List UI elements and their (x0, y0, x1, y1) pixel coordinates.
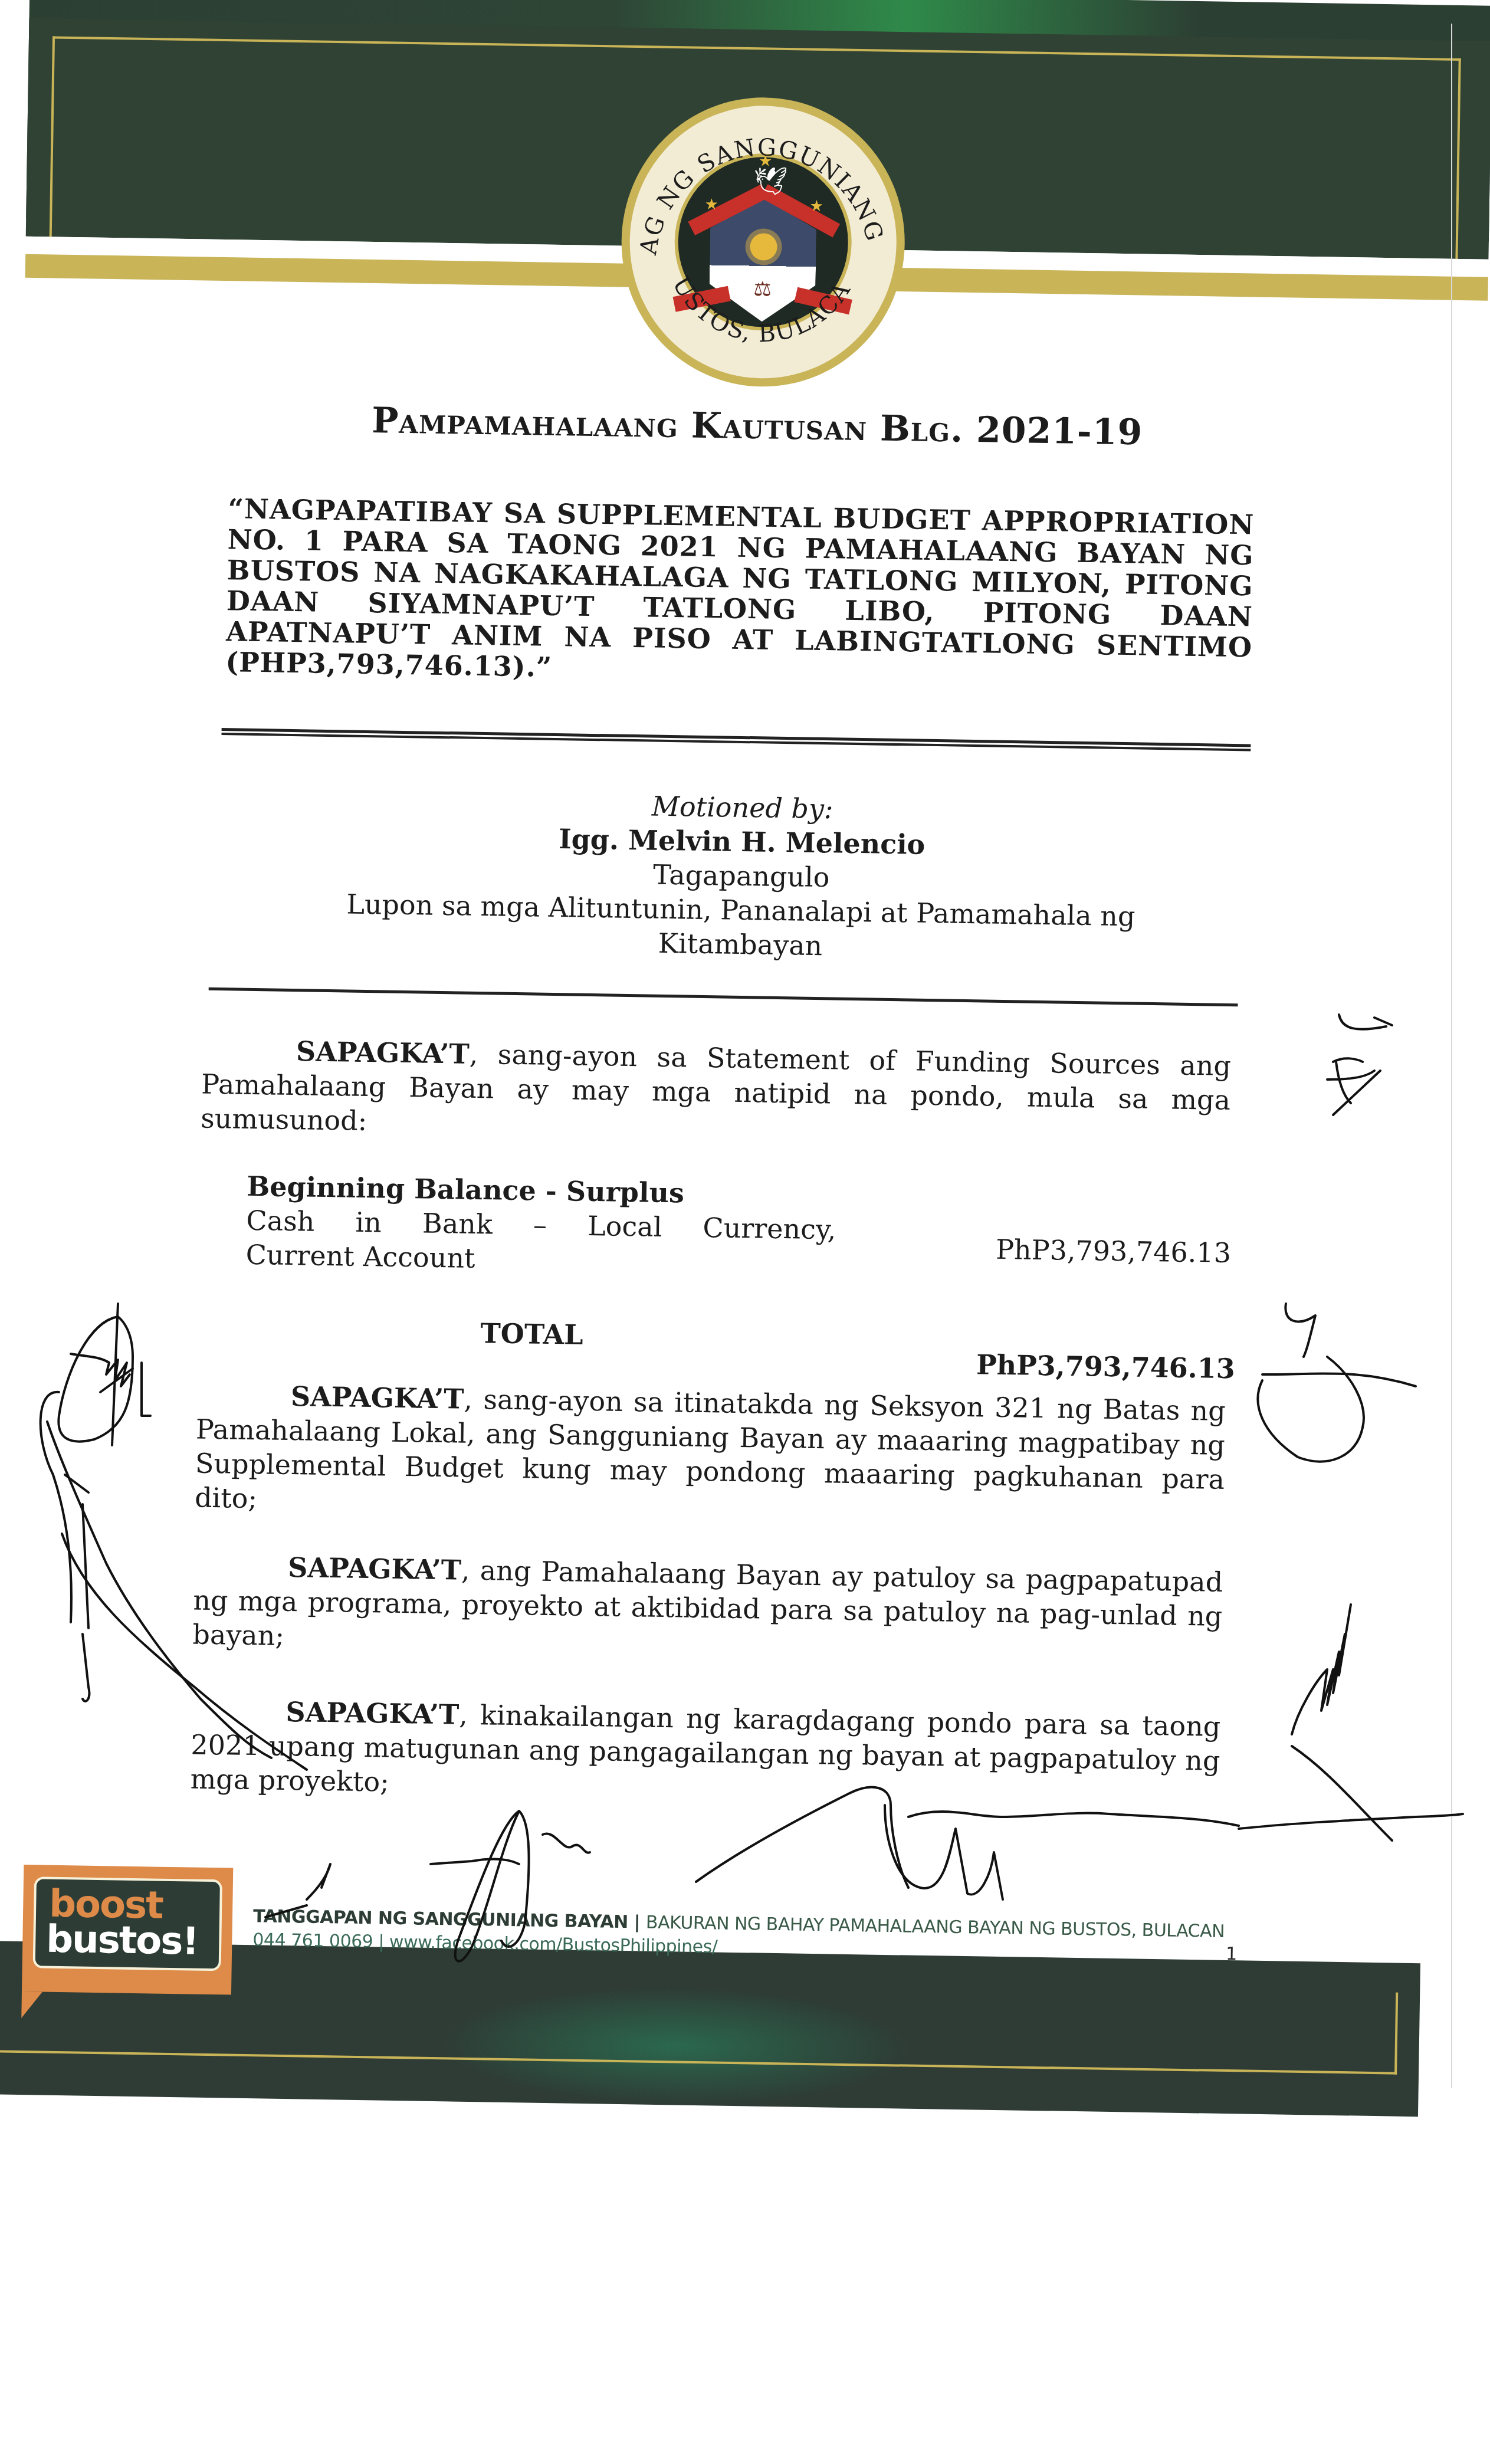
whereas-lead: SAPAGKA’T (290, 1380, 464, 1415)
funding-item-amount: PhP3,793,746.13 (996, 1232, 1232, 1270)
funding-sources: Beginning Balance - Surplus Cash in Bank… (245, 1169, 1232, 1287)
whereas-lead: SAPAGKA’T (288, 1551, 462, 1586)
divider (209, 987, 1238, 1006)
sangguniang-bayan-seal: 🕊 ★ ★ ★ ⚖ SAGISAG NG SANGGUNIANG BAYAN B… (619, 96, 907, 389)
boost-bustos-logo: boost bustos! (22, 1865, 233, 1995)
speech-bubble-tail (21, 1991, 42, 2019)
total-label: TOTAL (480, 1317, 584, 1374)
total-amount: PhP3,793,746.13 (976, 1349, 1236, 1384)
seal-text: SAGISAG NG SANGGUNIANG BAYAN BUSTOS, BUL… (619, 96, 907, 389)
whereas-paragraph: SAPAGKA’T, ang Pamahalaang Bayan ay patu… (192, 1548, 1223, 1667)
logo-bustos-text: bustos! (46, 1921, 198, 1961)
divider (221, 728, 1251, 751)
seal-top-text: SAGISAG NG SANGGUNIANG BAYAN (619, 96, 893, 261)
motion-block: Motioned by: Igg. Melvin H. Melencio Tag… (233, 782, 1250, 969)
whereas-paragraph: SAPAGKA’T, kinakailangan ng karagdagang … (190, 1693, 1221, 1812)
paper-edge (1451, 24, 1452, 2088)
funding-total: TOTAL PhP3,793,746.13 (274, 1314, 1236, 1385)
footer-office: TANGGAPAN NG SANGGUNIANG BAYAN (253, 1906, 628, 1933)
whereas-paragraph: SAPAGKA’T, sang-ayon sa itinatakda ng Se… (195, 1378, 1226, 1531)
whereas-lead: SAPAGKA’T (285, 1696, 460, 1731)
page-title: Pampamahalaang Kautusan Blg. 2021-19 (329, 399, 1185, 454)
page-number: 1 (1226, 1944, 1238, 1964)
funding-row: Cash in Bank – Local Currency, Current A… (245, 1203, 1232, 1287)
footer-phone: 044 761 0069 (252, 1930, 373, 1952)
ordinance-subtitle: “NAGPAPATIBAY SA SUPPLEMENTAL BUDGET APP… (225, 493, 1255, 693)
whereas-paragraph: SAPAGKA’T, sang-ayon sa Statement of Fun… (201, 1033, 1232, 1151)
whereas-lead: SAPAGKA’T (296, 1035, 470, 1070)
document-page: 🕊 ★ ★ ★ ⚖ SAGISAG NG SANGGUNIANG BAYAN B… (0, 0, 1490, 2123)
svg-text:SAGISAG NG SANGGUNIANG BAYAN: SAGISAG NG SANGGUNIANG BAYAN (619, 96, 893, 261)
footer-website-link[interactable]: www.facebook.com/BustosPhilippines/ (389, 1932, 718, 1958)
